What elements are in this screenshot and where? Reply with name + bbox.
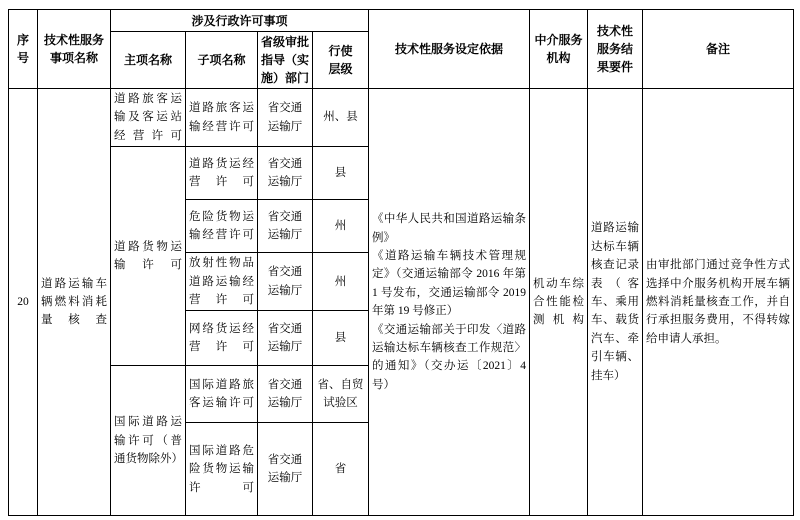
header-approval-dept: 省级审批 指导（实 施）部门 <box>258 32 313 89</box>
header-agency: 中介服务 机构 <box>530 10 588 89</box>
serial-cell: 20 <box>9 89 38 516</box>
header-service-item-name: 技术性服务 事项名称 <box>38 10 111 89</box>
exercise-level-cell: 州 <box>313 253 369 311</box>
header-exercise-level: 行使 层级 <box>313 32 369 89</box>
sub-item-cell: 危险货物运输经营许可 <box>186 200 258 253</box>
header-sub-item: 子项名称 <box>186 32 258 89</box>
approval-dept-cell: 省交通 运输厅 <box>258 89 313 147</box>
exercise-level-cell: 县 <box>313 147 369 200</box>
sub-item-cell: 道路旅客运输经营许可 <box>186 89 258 147</box>
sub-item-cell: 放射性物品道路运输经营许可 <box>186 253 258 311</box>
exercise-level-cell: 省、自贸 试验区 <box>313 366 369 423</box>
exercise-level-cell: 县 <box>313 311 369 366</box>
main-item-cell: 国际道路运输许可（普通货物除外） <box>111 366 186 516</box>
sub-item-cell: 道路货运经营许可 <box>186 147 258 200</box>
main-item-cell: 道路旅客运输及客运站经营许可 <box>111 89 186 147</box>
license-row: 20 道路运输车辆燃料消耗量核查 道路旅客运输及客运站经营许可 道路旅客运输经营… <box>9 89 794 147</box>
sub-item-cell: 国际道路旅客运输许可 <box>186 366 258 423</box>
approval-dept-cell: 省交通 运输厅 <box>258 147 313 200</box>
approval-dept-cell: 省交通 运输厅 <box>258 200 313 253</box>
header-result-requirement: 技术性 服务结 果要件 <box>588 10 643 89</box>
remarks-cell: 由审批部门通过竞争性方式选择中介服务机构开展车辆燃料消耗量核查工作，并自行承担服… <box>643 89 794 516</box>
header-row-1: 序号 技术性服务 事项名称 涉及行政许可事项 技术性服务设定依据 中介服务 机构… <box>9 10 794 32</box>
header-remarks: 备注 <box>643 10 794 89</box>
approval-dept-cell: 省交通 运输厅 <box>258 366 313 423</box>
sub-item-cell: 网络货运经营许可 <box>186 311 258 366</box>
service-item-name-cell: 道路运输车辆燃料消耗量核查 <box>38 89 111 516</box>
licensing-service-table: 序号 技术性服务 事项名称 涉及行政许可事项 技术性服务设定依据 中介服务 机构… <box>8 9 794 516</box>
header-licensing-group: 涉及行政许可事项 <box>111 10 369 32</box>
sub-item-cell: 国际道路危险货物运输许可 <box>186 423 258 516</box>
basis-cell: 《中华人民共和国道路运输条例》 《道路运输车辆技术管理规定》（交通运输部令 20… <box>369 89 530 516</box>
exercise-level-cell: 省 <box>313 423 369 516</box>
main-item-cell: 道路货物运输许可 <box>111 147 186 366</box>
exercise-level-cell: 州 <box>313 200 369 253</box>
header-basis: 技术性服务设定依据 <box>369 10 530 89</box>
agency-cell: 机动车综合性能检测机构 <box>530 89 588 516</box>
header-main-item: 主项名称 <box>111 32 186 89</box>
header-serial: 序号 <box>9 10 38 89</box>
exercise-level-cell: 州、县 <box>313 89 369 147</box>
approval-dept-cell: 省交通 运输厅 <box>258 311 313 366</box>
result-requirement-cell: 道路运输达标车辆核查记录表（客车、乘用车、载货汽车、牵引车辆、挂车） <box>588 89 643 516</box>
approval-dept-cell: 省交通 运输厅 <box>258 253 313 311</box>
approval-dept-cell: 省交通 运输厅 <box>258 423 313 516</box>
